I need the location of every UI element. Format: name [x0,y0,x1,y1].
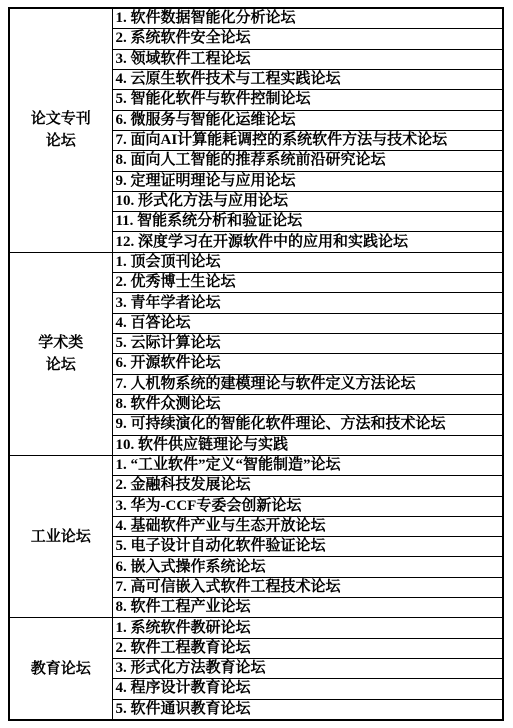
group-label-line: 论文专刊 [12,108,110,130]
forum-item: 5. 云际计算论坛 [112,334,503,354]
forum-table: 论文专刊论坛1. 软件数据智能化分析论坛2. 系统软件安全论坛3. 领域软件工程… [8,7,504,721]
table-row: 工业论坛1. “工业软件”定义“智能制造”论坛 [9,455,503,475]
forum-item: 7. 面向AI计算能耗调控的系统软件方法与技术论坛 [112,130,503,150]
group-label-cell: 工业论坛 [9,455,112,618]
group-label-line: 论坛 [12,130,110,152]
table-row: 教育论坛1. 系统软件教研论坛 [9,618,503,638]
forum-item: 4. 基础软件产业与生态开放论坛 [112,516,503,536]
forum-item: 6. 嵌入式操作系统论坛 [112,557,503,577]
forum-item: 8. 面向人工智能的推荐系统前沿研究论坛 [112,151,503,171]
group-label-line: 教育论坛 [12,658,110,680]
forum-item: 9. 可持续演化的智能化软件理论、方法和技术论坛 [112,415,503,435]
forum-item: 5. 电子设计自动化软件验证论坛 [112,537,503,557]
forum-item: 4. 云原生软件技术与工程实践论坛 [112,69,503,89]
forum-table-body: 论文专刊论坛1. 软件数据智能化分析论坛2. 系统软件安全论坛3. 领域软件工程… [9,8,503,720]
page: 论文专刊论坛1. 软件数据智能化分析论坛2. 系统软件安全论坛3. 领域软件工程… [0,0,513,728]
forum-item: 1. “工业软件”定义“智能制造”论坛 [112,455,503,475]
table-row: 论文专刊论坛1. 软件数据智能化分析论坛 [9,8,503,29]
forum-item: 9. 定理证明理论与应用论坛 [112,171,503,191]
forum-item: 7. 高可信嵌入式软件工程技术论坛 [112,577,503,597]
forum-item: 7. 人机物系统的建模理论与软件定义方法论坛 [112,374,503,394]
forum-item: 1. 系统软件教研论坛 [112,618,503,638]
forum-item: 12. 深度学习在开源软件中的应用和实践论坛 [112,232,503,252]
group-label-cell: 论文专刊论坛 [9,8,112,252]
forum-item: 3. 华为-CCF专委会创新论坛 [112,496,503,516]
forum-item: 1. 软件数据智能化分析论坛 [112,8,503,29]
group-label-line: 学术类 [12,332,110,354]
forum-item: 3. 青年学者论坛 [112,293,503,313]
forum-item: 6. 微服务与智能化运维论坛 [112,110,503,130]
forum-item: 11. 智能系统分析和验证论坛 [112,212,503,232]
group-label-cell: 学术类论坛 [9,252,112,455]
table-row: 学术类论坛1. 顶会顶刊论坛 [9,252,503,272]
forum-item: 10. 形式化方法与应用论坛 [112,191,503,211]
forum-item: 5. 智能化软件与软件控制论坛 [112,90,503,110]
forum-item: 5. 软件通识教育论坛 [112,699,503,720]
group-label-line: 论坛 [12,354,110,376]
forum-item: 10. 软件供应链理论与实践 [112,435,503,455]
forum-item: 3. 形式化方法教育论坛 [112,659,503,679]
group-label-cell: 教育论坛 [9,618,112,720]
forum-item: 4. 百答论坛 [112,313,503,333]
forum-item: 8. 软件工程产业论坛 [112,598,503,618]
forum-item: 2. 软件工程教育论坛 [112,638,503,658]
forum-item: 4. 程序设计教育论坛 [112,679,503,699]
forum-item: 2. 系统软件安全论坛 [112,29,503,49]
forum-item: 2. 优秀博士生论坛 [112,273,503,293]
forum-item: 2. 金融科技发展论坛 [112,476,503,496]
forum-item: 3. 领域软件工程论坛 [112,49,503,69]
forum-item: 6. 开源软件论坛 [112,354,503,374]
forum-item: 8. 软件众测论坛 [112,394,503,414]
forum-item: 1. 顶会顶刊论坛 [112,252,503,272]
group-label-line: 工业论坛 [12,526,110,548]
